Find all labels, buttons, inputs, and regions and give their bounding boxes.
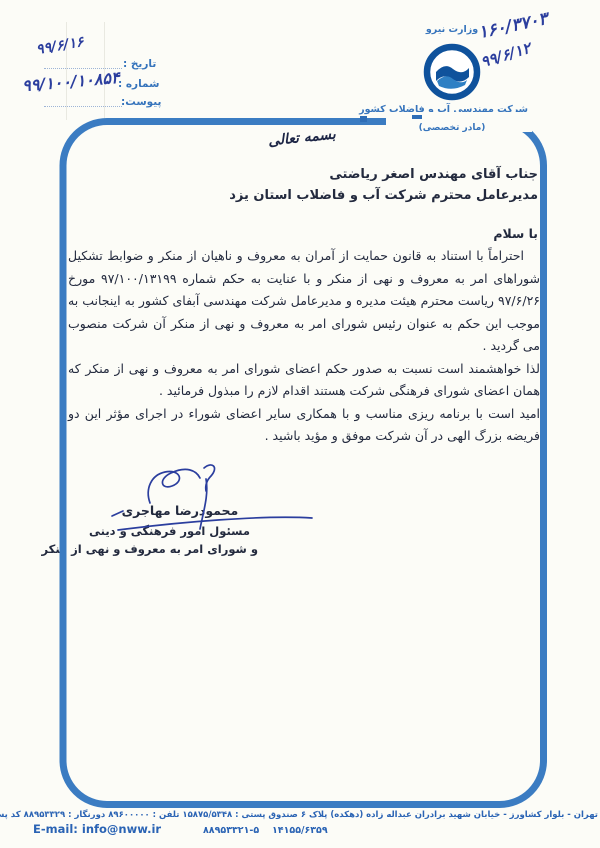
signature-scribble [112,465,312,530]
registration-mark [360,116,367,122]
handwritten-date-value: ۹۹/۶/۱۶ [35,34,85,58]
scanned-letter-page: ۹۹/۶/۱۶ تاریخ : ۹۹/۱۰۰/۱۰۸۵۴ شماره : پیو… [0,0,600,848]
footer-po-box: ۱۴۱۵۵/۶۳۵۹ [272,825,328,836]
handwritten-number-value: ۹۹/۱۰۰/۱۰۸۵۴ [21,68,120,95]
company-subtitle-label: (مادر تخصصی) [402,123,502,133]
attachment-dotted-line [44,106,122,107]
salutation-text: با سلام [493,226,538,241]
footer-email: E-mail: info@nww.ir [33,822,161,836]
recipient-title-line: مدیرعامل محترم شرکت آب و فاضلاب استان یز… [229,188,538,203]
date-label: تاریخ : [123,58,156,70]
handwritten-ref-date: ۹۹/۶/۱۲ [478,39,532,71]
footer-email-value: info@nww.ir [82,822,161,836]
body-paragraph-2: لذا خواهشمند است نسبت به صدور حکم اعضای … [68,358,540,403]
company-name-label: شرکت مهندسی آب و فاضلاب کشور [392,104,528,115]
footer-email-label: E-mail: [33,822,78,836]
signer-title-line2: و شورای امر به معروف و نهی از منکر [62,542,258,556]
body-paragraph-3: امید است با برنامه ریزی مناسب و با همکار… [68,403,540,448]
attachment-label: پیوست: [121,96,161,108]
letter-body: احتراماً با استناد به قانون حمایت از آمر… [68,245,540,448]
signer-title-line1: مسئول امور فرهنگی و دینی [100,524,250,538]
number-label: شماره : [118,78,159,90]
body-paragraph-1: احتراماً با استناد به قانون حمایت از آمر… [68,245,540,358]
ministry-label: وزارت نیرو [402,24,502,35]
footer-phone-range: ۸۸۹۵۳۳۲۱-۵ [203,825,259,836]
letter-border [63,112,544,805]
recipient-name-line: جناب آقای مهندس اصغر ریاضتی [329,167,538,182]
registration-mark [412,115,422,119]
footer-address-line: تهران - بلوار کشاورز - خیابان شهید برادر… [2,810,598,820]
water-company-logo-icon [427,47,477,97]
bismillah-text: بسمه تعالی [267,127,336,150]
signer-name: محمودرضا مهاجری [110,503,250,518]
